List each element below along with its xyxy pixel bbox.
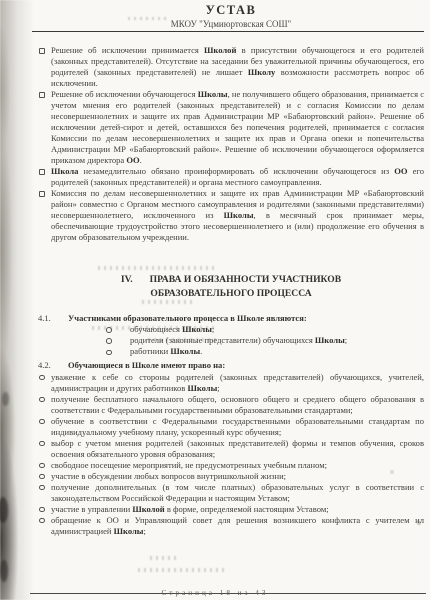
- scan-blot: [0, 497, 8, 523]
- scan-artifact: [150, 556, 176, 560]
- list-item-text: родители (законные представители) обучаю…: [130, 335, 347, 345]
- list-item: участие в управлении Школой в форме, опр…: [38, 504, 424, 515]
- circle-bullet-icon: [39, 375, 45, 381]
- square-bullet-icon: [39, 92, 45, 98]
- list-item: Школа незамедлительно обязано проинформи…: [38, 166, 424, 188]
- list-item-text: свободное посещение мероприятий, не пред…: [51, 460, 327, 470]
- scan-blot: [0, 560, 8, 582]
- scan-edge-shadow: [0, 0, 34, 600]
- list-item: обучение в соответствии с Федеральными г…: [38, 416, 424, 438]
- circle-bullet-icon: [39, 485, 45, 491]
- document-header: УСТАВ МКОУ "Уцмиюртовская СОШ": [38, 0, 424, 32]
- list-item-text: Решение об исключении принимается Школой…: [51, 45, 424, 88]
- list-item-text: Комиссия по делам несовершеннолетних и з…: [51, 188, 424, 242]
- list-item-text: обучающиеся Школы;: [130, 324, 214, 334]
- list-item-text: уважение к себе со стороны родителей (за…: [51, 372, 424, 393]
- list-item-text: обращение к ОО и Управляющий совет для р…: [51, 515, 424, 536]
- org-name: МКОУ "Уцмиюртовская СОШ": [38, 19, 424, 29]
- header-rule: [32, 31, 424, 32]
- list-item: Решение об исключении принимается Школой…: [38, 45, 424, 89]
- list-item: Комиссия по делам несовершеннолетних и з…: [38, 188, 424, 243]
- student-rights-list: уважение к себе со стороны родителей (за…: [38, 372, 424, 537]
- clause-number: 4.1.: [38, 313, 68, 324]
- page-number: Страница 18 из 43: [0, 589, 430, 597]
- section-number: IV.: [121, 273, 133, 287]
- square-bullet-icon: [39, 191, 45, 197]
- circle-bullet-icon: [39, 518, 45, 524]
- document-title: УСТАВ: [38, 3, 424, 18]
- scan-artifact: [138, 568, 228, 572]
- clause-label: Участниками образовательного процесса в …: [68, 313, 307, 324]
- list-item: работники Школы.: [105, 346, 424, 357]
- list-item: уважение к себе со стороны родителей (за…: [38, 372, 424, 394]
- list-item-text: Школа незамедлительно обязано проинформи…: [51, 166, 424, 187]
- section-heading: IV. ПРАВА И ОБЯЗАННОСТИ УЧАСТНИКОВ ОБРАЗ…: [38, 273, 424, 300]
- section-title-line1: ПРАВА И ОБЯЗАННОСТИ УЧАСТНИКОВ: [150, 273, 341, 287]
- square-bullet-icon: [39, 48, 45, 54]
- section-title-line2: ОБРАЗОВАТЕЛЬНОГО ПРОЦЕССА: [38, 287, 424, 301]
- circle-bullet-icon: [39, 474, 45, 480]
- clause-4-2: 4.2. Обучающиеся в Школе имеют право на:: [38, 360, 424, 371]
- list-item: Решение об исключении обучающегося Школы…: [38, 89, 424, 166]
- list-item-text: выбор с учетом мнения родителей (законны…: [51, 438, 424, 459]
- square-bullet-icon: [39, 169, 45, 175]
- list-item: обучающиеся Школы;: [105, 324, 424, 335]
- circle-bullet-icon: [39, 463, 45, 469]
- circle-bullet-icon: [106, 338, 112, 344]
- list-item-text: работники Школы.: [130, 346, 202, 356]
- list-item: получение бесплатного начального общего,…: [38, 394, 424, 416]
- list-item-text: получение бесплатного начального общего,…: [51, 394, 424, 415]
- list-item-text: участие в обсуждении любых вопросов внут…: [51, 471, 286, 481]
- circle-bullet-icon: [106, 327, 112, 333]
- scan-blot: [2, 392, 9, 406]
- clause-number: 4.2.: [38, 360, 68, 371]
- clause-label: Обучающиеся в Школе имеют право на:: [68, 360, 225, 371]
- scanned-charter-page: УСТАВ МКОУ "Уцмиюртовская СОШ" Решение о…: [0, 0, 430, 600]
- circle-bullet-icon: [39, 507, 45, 513]
- circle-bullet-icon: [39, 397, 45, 403]
- list-item: свободное посещение мероприятий, не пред…: [38, 460, 424, 471]
- clause-4-1: 4.1. Участниками образовательного процес…: [38, 313, 424, 324]
- list-item: получение дополнительных (в том числе пл…: [38, 482, 424, 504]
- list-item-text: участие в управлении Школой в форме, опр…: [51, 504, 329, 514]
- exclusion-rules-list: Решение об исключении принимается Школой…: [38, 45, 424, 243]
- participants-list: обучающиеся Школы; родители (законные пр…: [105, 324, 424, 358]
- list-item-text: обучение в соответствии с Федеральными г…: [51, 416, 424, 437]
- circle-bullet-icon: [39, 441, 45, 447]
- list-item: участие в обсуждении любых вопросов внут…: [38, 471, 424, 482]
- list-item-text: получение дополнительных (в том числе пл…: [51, 482, 424, 503]
- circle-bullet-icon: [39, 419, 45, 425]
- circle-bullet-icon: [106, 350, 112, 356]
- list-item: обращение к ОО и Управляющий совет для р…: [38, 515, 424, 537]
- list-item: родители (законные представители) обучаю…: [105, 335, 424, 346]
- list-item-text: Решение об исключении обучающегося Школы…: [51, 89, 424, 165]
- list-item: выбор с учетом мнения родителей (законны…: [38, 438, 424, 460]
